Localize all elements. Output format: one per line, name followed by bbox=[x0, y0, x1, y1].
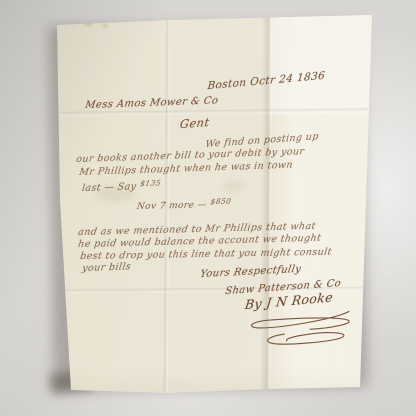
paper-stain-1 bbox=[84, 21, 93, 26]
photo-backdrop: Boston Octr 24 1836 Mess Amos Mower & Co… bbox=[0, 0, 416, 416]
fold-panel-top-right bbox=[268, 0, 378, 115]
amount-2-value: $850 bbox=[210, 197, 232, 207]
amount-line-2: Nov 7 more — $850 bbox=[136, 197, 232, 213]
paper-stain-2 bbox=[102, 24, 108, 28]
amount-1-label: last — Say bbox=[81, 181, 137, 194]
body-line-7: your bills bbox=[81, 261, 131, 274]
amount-1-value: $135 bbox=[140, 178, 162, 188]
paper-stain-4 bbox=[222, 180, 246, 193]
amount-2-label: Nov 7 more — bbox=[136, 200, 208, 212]
salutation: Gent bbox=[179, 115, 211, 131]
